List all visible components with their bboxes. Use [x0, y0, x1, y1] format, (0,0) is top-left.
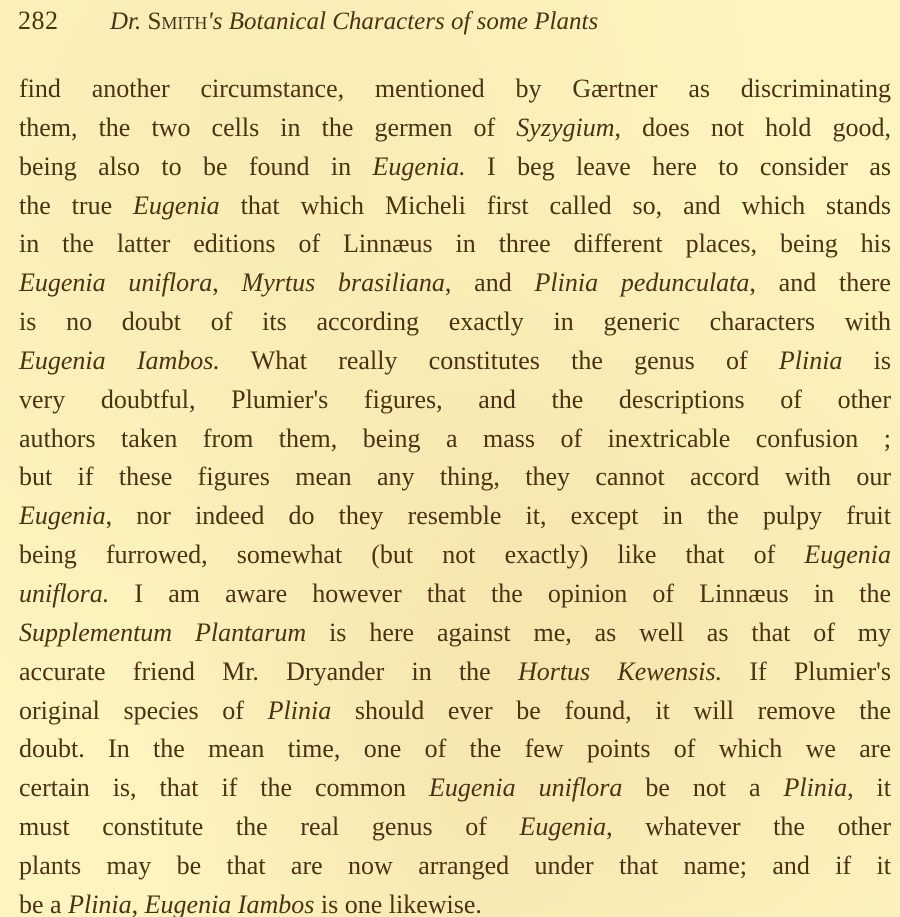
roman-text: doubt. In the mean time, one of the few …	[19, 734, 891, 763]
roman-text: be a	[19, 890, 68, 917]
book-page: 282 Dr. Smith's Botanical Characters of …	[0, 0, 900, 917]
text-line: in the latter editions of Linnæus in thr…	[19, 225, 891, 264]
roman-text: being furrowed, somewhat (but not exactl…	[19, 540, 804, 569]
text-line: uniflora. I am aware however that the op…	[19, 575, 891, 614]
body-paragraph: find another circumstance, mentioned by …	[19, 70, 891, 917]
roman-text: , it	[847, 773, 891, 802]
page-number: 282	[18, 6, 110, 36]
text-line: them, the two cells in the germen of Syz…	[19, 109, 891, 148]
text-line: Eugenia Iambos. What really constitutes …	[19, 342, 891, 381]
roman-text: ,	[212, 268, 241, 297]
roman-text: certain is, that if the common	[19, 773, 429, 802]
roman-text: I am aware however that the opinion of L…	[109, 579, 891, 608]
roman-text: , and	[445, 268, 535, 297]
roman-text: is here against me, as well as that of m…	[306, 618, 891, 647]
roman-text: I beg leave here to consider as	[466, 152, 891, 181]
roman-text: is one likewise.	[314, 890, 482, 917]
roman-text: What really constitutes the genus of	[220, 346, 779, 375]
text-line: certain is, that if the common Eugenia u…	[19, 769, 891, 808]
roman-text: , and there	[749, 268, 891, 297]
roman-text: that which Micheli first called so, and …	[220, 191, 891, 220]
roman-text: , does not hold good,	[615, 113, 892, 142]
italic-text: Plinia pedunculata	[535, 268, 750, 297]
roman-text: is	[842, 346, 891, 375]
roman-text: the true	[19, 191, 133, 220]
roman-text: very doubtful, Plumier's figures, and th…	[19, 385, 891, 414]
italic-text: uniflora.	[19, 579, 109, 608]
italic-text: Eugenia	[133, 191, 220, 220]
roman-text: in the latter editions of Linnæus in thr…	[19, 229, 891, 258]
italic-text: Eugenia Iambos.	[19, 346, 220, 375]
italic-text: Hortus Kewensis.	[518, 657, 722, 686]
text-line: very doubtful, Plumier's figures, and th…	[19, 381, 891, 420]
roman-text: them, the two cells in the germen of	[19, 113, 516, 142]
italic-text: Plinia	[68, 890, 132, 917]
italic-text: Eugenia uniflora	[429, 773, 622, 802]
running-head-title: Dr. Smith's Botanical Characters of some…	[110, 8, 598, 36]
text-line: be a Plinia, Eugenia Iambos is one likew…	[19, 886, 891, 917]
text-line: being also to be found in Eugenia. I beg…	[19, 148, 891, 187]
italic-text: Eugenia.	[373, 152, 466, 181]
title-suffix: 's Botanical Characters of some Plants	[207, 8, 598, 35]
text-line: Supplementum Plantarum is here against m…	[19, 614, 891, 653]
italic-text: Plinia	[268, 696, 332, 725]
text-line: original species of Plinia should ever b…	[19, 692, 891, 731]
roman-text: but if these figures mean any thing, the…	[19, 462, 891, 491]
roman-text: find another circumstance, mentioned by …	[19, 74, 891, 103]
italic-text: Eugenia uniflora	[19, 268, 212, 297]
text-line: plants may be that are now arranged unde…	[19, 847, 891, 886]
title-author-name: Smith	[148, 8, 208, 35]
roman-text: If Plumier's	[722, 657, 891, 686]
roman-text: must constitute the real genus of	[19, 812, 519, 841]
roman-text: should ever be found, it will remove the	[331, 696, 891, 725]
text-line: being furrowed, somewhat (but not exactl…	[19, 536, 891, 575]
italic-text: Myrtus brasiliana	[242, 268, 445, 297]
italic-text: Supplementum Plantarum	[19, 618, 306, 647]
roman-text: ,	[132, 890, 145, 917]
italic-text: Eugenia	[804, 540, 891, 569]
text-line: accurate friend Mr. Dryander in the Hort…	[19, 653, 891, 692]
text-line: Eugenia uniflora, Myrtus brasiliana, and…	[19, 264, 891, 303]
text-line: doubt. In the mean time, one of the few …	[19, 730, 891, 769]
italic-text: Plinia	[784, 773, 848, 802]
roman-text: accurate friend Mr. Dryander in the	[19, 657, 518, 686]
roman-text: plants may be that are now arranged unde…	[19, 851, 891, 880]
text-line: find another circumstance, mentioned by …	[19, 70, 891, 109]
text-line: but if these figures mean any thing, the…	[19, 458, 891, 497]
title-prefix: Dr.	[110, 8, 148, 35]
roman-text: being also to be found in	[19, 152, 373, 181]
text-line: the true Eugenia that which Micheli firs…	[19, 187, 891, 226]
italic-text: Eugenia	[519, 812, 606, 841]
italic-text: Eugenia	[19, 501, 106, 530]
roman-text: , whatever the other	[606, 812, 891, 841]
roman-text: authors taken from them, being a mass of…	[19, 424, 891, 453]
roman-text: original species of	[19, 696, 268, 725]
roman-text: is no doubt of its according exactly in …	[19, 307, 891, 336]
italic-text: Plinia	[779, 346, 843, 375]
roman-text: be not a	[622, 773, 783, 802]
text-line: authors taken from them, being a mass of…	[19, 420, 891, 459]
italic-text: Eugenia Iambos	[145, 890, 315, 917]
text-line: Eugenia, nor indeed do they resemble it,…	[19, 497, 891, 536]
running-head: 282 Dr. Smith's Botanical Characters of …	[18, 6, 882, 42]
text-line: must constitute the real genus of Eugeni…	[19, 808, 891, 847]
text-line: is no doubt of its according exactly in …	[19, 303, 891, 342]
roman-text: , nor indeed do they resemble it, except…	[106, 501, 891, 530]
italic-text: Syzygium	[516, 113, 614, 142]
